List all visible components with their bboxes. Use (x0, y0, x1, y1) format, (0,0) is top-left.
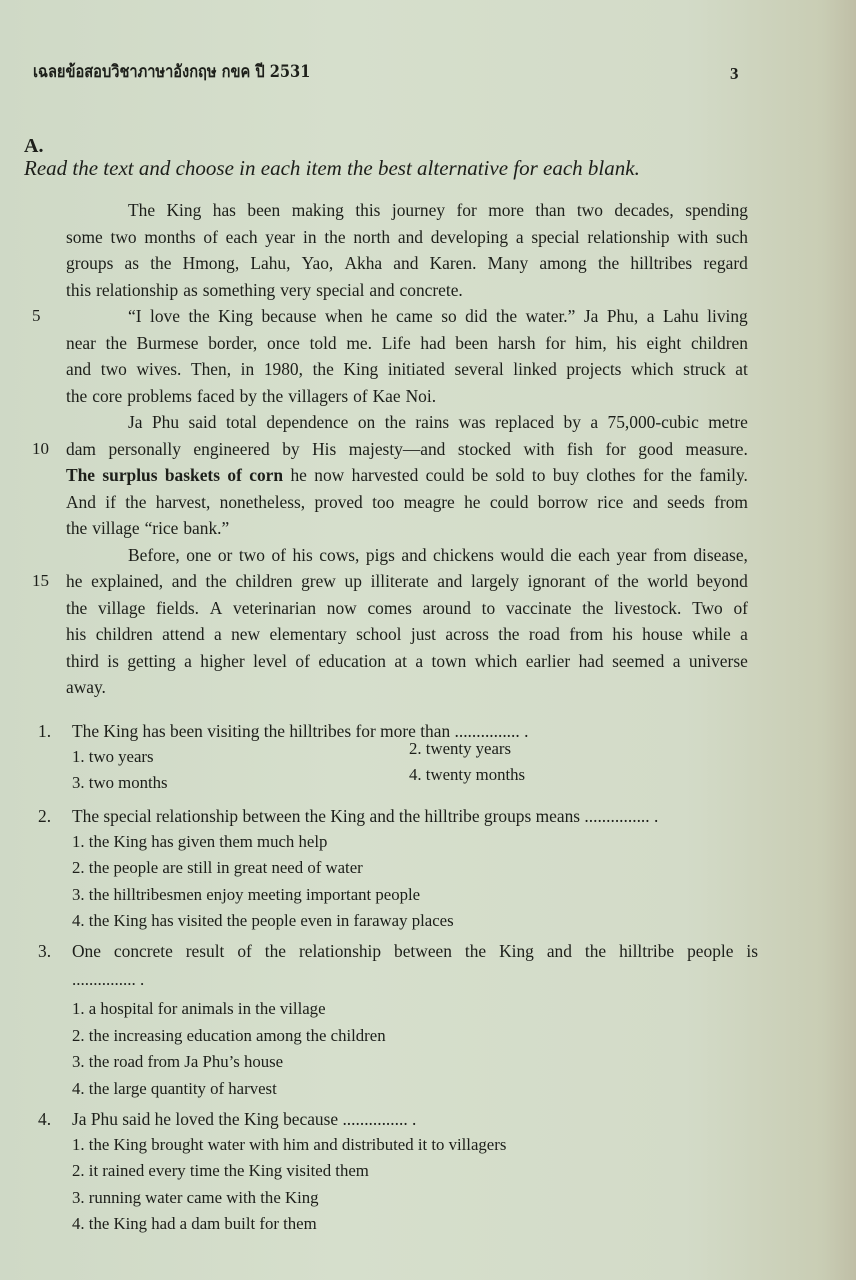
question-stem: 4.Ja Phu said he loved the King because … (38, 1106, 758, 1132)
question-1: 1.The King has been visiting the hilltri… (38, 718, 758, 797)
passage-line: andtwowives.Then,in1980,theKinginitiated… (66, 356, 748, 383)
passage-line: thevillagefields.Aveterinariannowcomesar… (66, 595, 748, 622)
passage-line: 15heexplained,andthechildrengrewupillite… (66, 568, 748, 595)
page-number: 3 (730, 64, 739, 84)
section-label: A. (24, 135, 43, 158)
answer-option-3: 3. two months (72, 770, 409, 796)
passage-line: TheKinghasbeenmakingthisjourneyformoreth… (66, 197, 748, 224)
reading-passage: TheKinghasbeenmakingthisjourneyformoreth… (66, 197, 748, 701)
answer-option-2: 2. it rained every time the King visited… (72, 1158, 758, 1184)
answer-options: 1. the King has given them much help2. t… (38, 829, 758, 935)
passage-line: JaPhusaidtotaldependenceontherainswasrep… (66, 409, 748, 436)
answer-options: 1. two years2. twenty years3. two months… (38, 744, 758, 797)
passage-line: 10dampersonallyengineeredbyHismajesty—an… (66, 436, 748, 463)
passage-line: thirdisgettingahigherlevelofeducationata… (66, 648, 748, 675)
question-stem: 3.One concrete result of the relationshi… (38, 938, 758, 964)
answer-option-1: 1. two years (72, 744, 409, 770)
question-3: 3.One concrete result of the relationshi… (38, 938, 758, 1102)
answer-blank: ............... . (38, 964, 758, 996)
passage-line: neartheBurmeseborder,oncetoldme.Lifehadb… (66, 330, 748, 357)
passage-line: hischildrenattendanewelementaryschooljus… (66, 621, 748, 648)
exam-page: เฉลยข้อสอบวิชาภาษาอังกฤษ กขค ปี 2531 3 A… (0, 0, 856, 1280)
question-number: 2. (38, 803, 72, 829)
passage-line: sometwomonthsofeachyearinthenorthanddeve… (66, 224, 748, 251)
line-number: 15 (32, 568, 49, 595)
passage-line: Before,oneortwoofhiscows,pigsandchickens… (66, 542, 748, 569)
passage-line: thisrelationshipassomethingveryspecialan… (66, 277, 748, 304)
passage-line: thevillage“ricebank.” (66, 515, 748, 542)
passage-line: thecoreproblemsfacedbythevillagersofKaeN… (66, 383, 748, 410)
answer-option-3: 3. the hilltribesmen enjoy meeting impor… (72, 882, 758, 908)
answer-option-1: 1. the King brought water with him and d… (72, 1132, 758, 1158)
line-number: 5 (32, 303, 41, 330)
answer-option-4: 4. the King has visited the people even … (72, 908, 758, 934)
question-list: 1.The King has been visiting the hilltri… (38, 718, 758, 1242)
question-4: 4.Ja Phu said he loved the King because … (38, 1106, 758, 1238)
answer-option-4: 4. the large quantity of harvest (72, 1076, 758, 1102)
passage-line: Andiftheharvest,nonetheless,provedtoomea… (66, 489, 748, 516)
answer-option-3: 3. the road from Ja Phu’s house (72, 1049, 758, 1075)
question-number: 3. (38, 938, 72, 964)
passage-line: 5“IlovetheKingbecausewhenhecamesodidthew… (66, 303, 748, 330)
answer-option-2: 2. the people are still in great need of… (72, 855, 758, 881)
question-number: 4. (38, 1106, 72, 1132)
answer-options: 1. a hospital for animals in the village… (38, 996, 758, 1102)
question-number: 1. (38, 718, 72, 744)
question-text: The special relationship between the Kin… (72, 803, 758, 829)
passage-line: away. (66, 674, 748, 701)
answer-option-1: 1. the King has given them much help (72, 829, 758, 855)
answer-option-3: 3. running water came with the King (72, 1185, 758, 1211)
passage-line: groupsastheHmong,Lahu,Yao,AkhaandKaren.M… (66, 250, 748, 277)
line-number: 10 (32, 436, 49, 463)
answer-option-4: 4. the King had a dam built for them (72, 1211, 758, 1237)
page-header-title: เฉลยข้อสอบวิชาภาษาอังกฤษ กขค ปี 2531 (33, 58, 310, 85)
answer-option-2: 2. the increasing education among the ch… (72, 1023, 758, 1049)
question-stem: 2.The special relationship between the K… (38, 803, 758, 829)
question-text: Ja Phu said he loved the King because ..… (72, 1106, 758, 1132)
answer-option-1: 1. a hospital for animals in the village (72, 996, 758, 1022)
section-instructions: Read the text and choose in each item th… (24, 156, 640, 181)
answer-option-4: 4. twenty months (409, 762, 709, 796)
question-2: 2.The special relationship between the K… (38, 803, 758, 935)
question-text: One concrete result of the relationship … (72, 938, 758, 964)
answer-options: 1. the King brought water with him and d… (38, 1132, 758, 1238)
passage-line: Thesurplusbasketsofcornhenowharvestedcou… (66, 462, 748, 489)
